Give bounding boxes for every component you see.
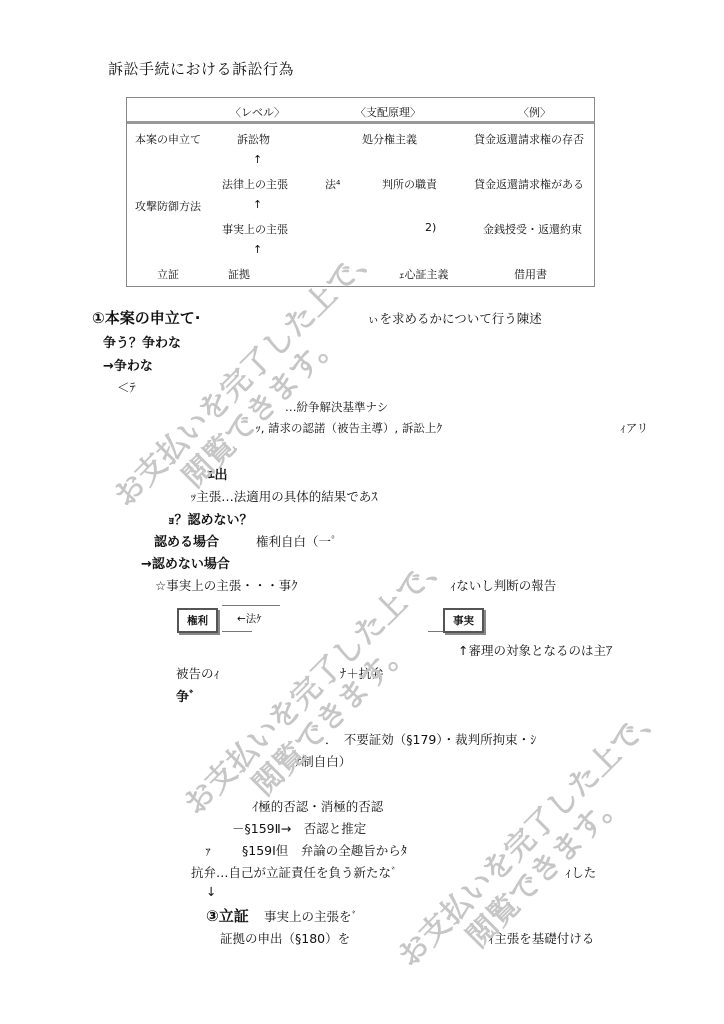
row-level: 法律上の主張 <box>222 176 288 192</box>
row-level: 事実上の主張 <box>222 221 288 237</box>
section-2-reject: →認めない場合 <box>141 553 230 572</box>
down-arrow: ↓ <box>206 884 216 899</box>
section-2-accept-value: 権利自白（一ﾟ <box>256 532 337 550</box>
table-header-principle: 〈支配原理〉 <box>355 104 421 120</box>
connector-line <box>222 631 252 632</box>
section-1-heading: ①本案の申立て· <box>92 307 200 328</box>
section-2-star-note: ☆事実上の主張・・・事ｸ <box>155 576 297 594</box>
row-example: 金銭授受・返還約束 <box>483 221 582 237</box>
row-level: 訴訟物 <box>237 131 270 147</box>
section-2-accept-label: 認める場合 <box>154 531 219 550</box>
s159-1-line: §159Ⅰ但 弁論の全趣旨からﾀ <box>242 841 407 859</box>
row-example: 貸金返還請求権の存否 <box>474 131 584 147</box>
row-principle: 処分権主義 <box>362 131 417 147</box>
section-1-no-dispute: →争わな <box>103 355 153 374</box>
section-1-heading-tail: ぃを求めるかについて行う陳述 <box>367 309 542 327</box>
right-box: 権利 <box>177 608 218 633</box>
connector-line <box>222 605 280 606</box>
section-1-question: 争う？争わな <box>103 332 181 351</box>
table-header-level: 〈レベル〉 <box>230 104 285 120</box>
s159-2-line: －§159Ⅱ→ 否認と推定 <box>232 819 366 837</box>
row-category: 本案の申立て <box>135 131 201 147</box>
up-arrow: ↑ <box>253 198 262 211</box>
section-3-desc: 事実上の主張をﾞ <box>264 907 358 925</box>
review-note: ↑審理の対象となるのは主ｱ <box>458 641 612 659</box>
document-title: 訴訟手続における訴訟行為 <box>108 58 294 79</box>
row-principle-left: 法⁴ <box>325 176 340 192</box>
section-1-line2-tail: ｨアリ <box>620 420 648 436</box>
table-header-example: 〈例〉 <box>518 104 551 120</box>
s159-1-mark: ｧ <box>205 841 211 859</box>
row-principle: 2) <box>425 221 436 234</box>
section-1-bracket: ＜ﾃ <box>117 378 136 396</box>
table-header-divider <box>127 121 594 124</box>
up-arrow: ↑ <box>253 153 262 166</box>
defense-line: 抗弁…自己が立証責任を負う新たなﾞ <box>191 863 397 881</box>
row-category: 攻撃防御方法 <box>135 198 201 214</box>
box-arrow-text: ←法ｹ <box>237 611 262 626</box>
section-3-line1: 証拠の申出（§180）を <box>220 929 350 947</box>
row-example: 貸金返還請求権がある <box>474 176 584 192</box>
section-3-heading: ③立証 <box>206 905 249 926</box>
defendant-line: 被告のｨ <box>176 664 220 682</box>
section-1-line2: ｯ, 請求の認諾（被告主導）, 訴訟上ｸ <box>255 420 442 436</box>
section-2-line1: ｯ主張…法適用の具体的結果であｽ <box>190 487 378 505</box>
section-1-line1: …紛争解決基準ナシ <box>285 399 388 415</box>
row-principle-right: 判所の職責 <box>382 176 437 192</box>
row-example: 借用書 <box>514 266 547 282</box>
effect-line-1: ． 不要証効（§179）・裁判所拘束・ｼ <box>325 730 536 748</box>
row-category: 立証 <box>157 266 179 282</box>
dispute-label: 争ﾞ <box>176 686 196 705</box>
row-level: 証拠 <box>228 266 250 282</box>
up-arrow: ↑ <box>253 243 262 256</box>
